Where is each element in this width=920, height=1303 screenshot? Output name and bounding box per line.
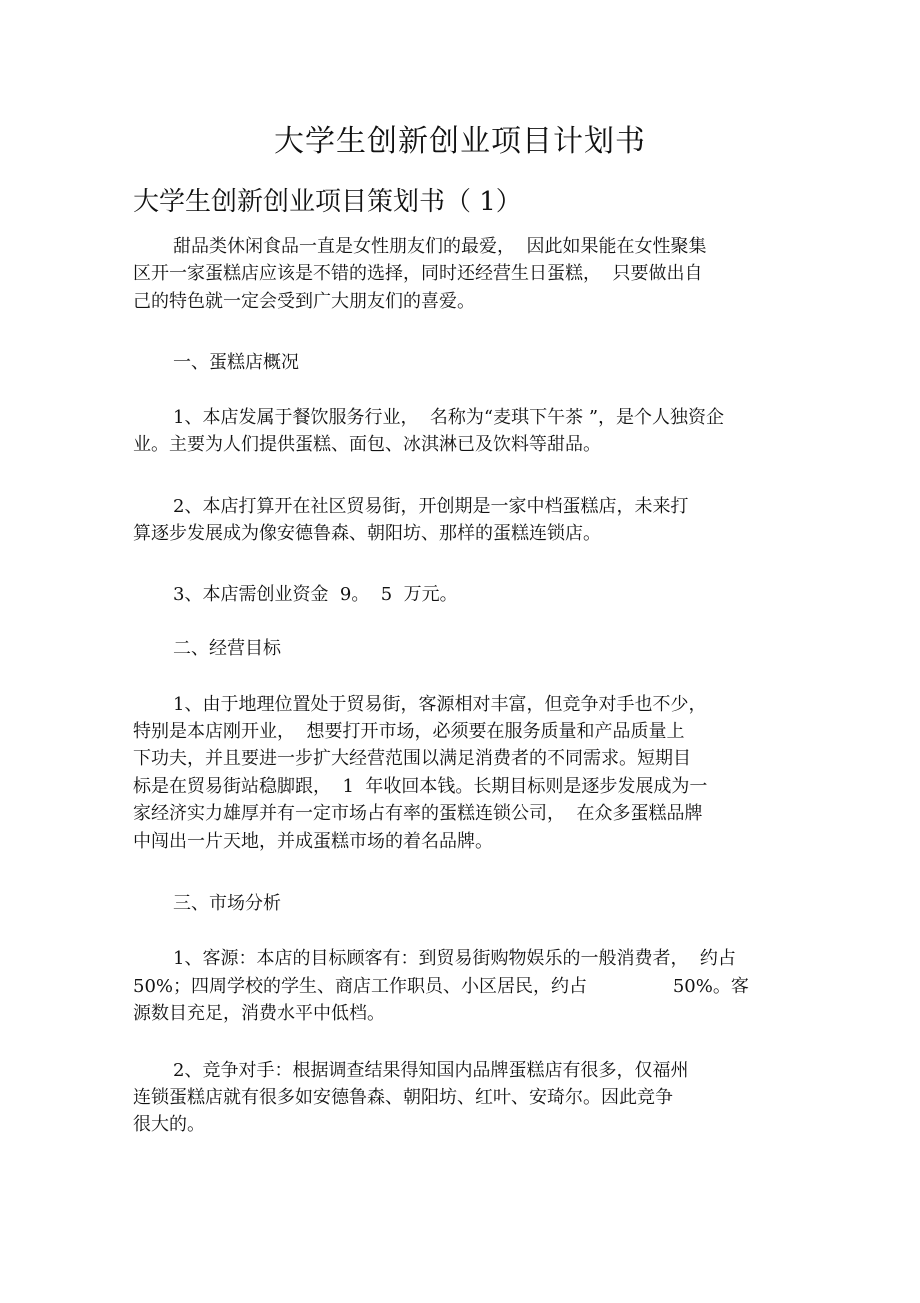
overview-p3-line-1: 3、本店需创业资金 9。 5 万元。 <box>173 582 458 608</box>
goals-p1-line-4: 标是在贸易街站稳脚跟， 1 年收回本钱。长期目标则是逐步发展成为一 <box>133 774 707 800</box>
intro-line-3: 己的特色就一定会受到广大朋友们的喜爱。 <box>133 289 475 315</box>
goals-p1-line-3: 下功夫，并且要进一步扩大经营范围以满足消费者的不同需求。短期目 <box>133 746 691 772</box>
market-p2-line-1: 2、竞争对手：根据调查结果得知国内品牌蛋糕店有很多，仅福州 <box>173 1058 688 1084</box>
goals-p1-line-5: 家经济实力雄厚并有一定市场占有率的蛋糕连锁公司， 在众多蛋糕品牌 <box>133 801 702 827</box>
section-heading-market: 三、市场分析 <box>173 891 281 917</box>
market-p1-line-3: 源数目充足，消费水平中低档。 <box>133 1001 385 1027</box>
section-heading-overview: 一、蛋糕店概况 <box>173 350 299 376</box>
document-title: 大学生创新创业项目计划书 <box>0 122 920 162</box>
section-heading-goals: 二、经营目标 <box>173 636 281 662</box>
market-p1-line-2: 50%；四周学校的学生、商店工作职员、小区居民，约占 50%。客 <box>133 974 749 1000</box>
overview-p2-line-1: 2、本店打算开在社区贸易街，开创期是一家中档蛋糕店，未来打 <box>173 494 688 520</box>
market-p1-line-1: 1、客源：本店的目标顾客有：到贸易街购物娱乐的一般消费者， 约占 <box>173 946 736 972</box>
overview-p2-line-2: 算逐步发展成为像安德鲁森、朝阳坊、那样的蛋糕连锁店。 <box>133 521 601 547</box>
intro-line-2: 区开一家蛋糕店应该是不错的选择，同时还经营生日蛋糕， 只要做出自 <box>133 261 702 287</box>
market-p2-line-3: 很大的。 <box>133 1112 205 1138</box>
document-page: 大学生创新创业项目计划书 大学生创新创业项目策划书（ 1） 甜品类休闲食品一直是… <box>0 0 920 1303</box>
overview-p1-line-2: 业。主要为人们提供蛋糕、面包、冰淇淋已及饮料等甜品。 <box>133 432 601 458</box>
market-p2-line-2: 连锁蛋糕店就有很多如安德鲁森、朝阳坊、红叶、安琦尔。因此竞争 <box>133 1085 673 1111</box>
overview-p1-line-1: 1、本店发属于餐饮服务行业， 名称为“麦琪下午茶 ”，是个人独资企 <box>173 405 724 431</box>
intro-line-1: 甜品类休闲食品一直是女性朋友们的最爱， 因此如果能在女性聚集 <box>173 234 706 260</box>
goals-p1-line-6: 中闯出一片天地，并成蛋糕市场的着名品牌。 <box>133 829 493 855</box>
goals-p1-line-1: 1、由于地理位置处于贸易街，客源相对丰富，但竞争对手也不少， <box>173 692 706 718</box>
document-subtitle: 大学生创新创业项目策划书（ 1） <box>133 184 522 220</box>
goals-p1-line-2: 特别是本店刚开业， 想要打开市场，必须要在服务质量和产品质量上 <box>133 719 684 745</box>
